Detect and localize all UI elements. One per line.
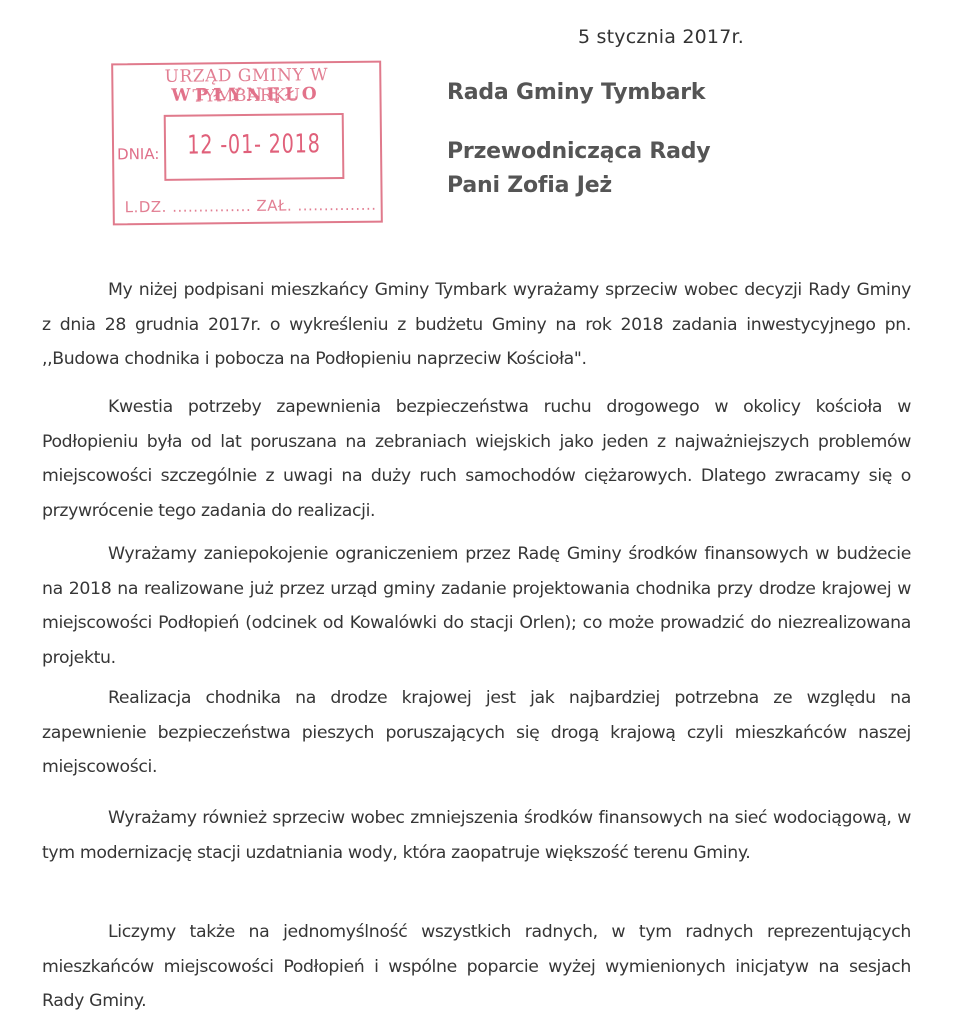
paragraph-funding-concern: Wyrażamy zaniepokojenie ograniczeniem pr… <box>42 537 911 675</box>
recipient-name: Pani Zofia Jeż <box>447 173 612 198</box>
paragraph-sidewalk-need: Realizacja chodnika na drodze krajowej j… <box>42 681 911 785</box>
stamp-footer: L.DZ. ............... ZAŁ. .............… <box>125 196 377 217</box>
paragraph-water-network: Wyrażamy również sprzeciw wobec zmniejsz… <box>42 801 911 870</box>
letter-date: 5 stycznia 2017r. <box>578 26 744 48</box>
received-stamp: URZĄD GMINY W TYMBARKU WPŁYNĘŁO DNIA: 12… <box>111 61 383 226</box>
paragraph-road-safety: Kwestia potrzeby zapewnienia bezpieczeńs… <box>42 390 911 528</box>
recipient-title: Przewodnicząca Rady <box>447 139 710 164</box>
paragraph-unanimity: Liczymy także na jednomyślność wszystkic… <box>42 915 911 1019</box>
stamp-date-box: 12 -01- 2018 <box>164 113 345 181</box>
stamp-date-label: DNIA: <box>117 145 159 163</box>
stamp-date-value: 12 -01- 2018 <box>182 129 327 161</box>
stamp-status: WPŁYNĘŁO <box>113 84 379 107</box>
recipient-council: Rada Gminy Tymbark <box>447 80 705 105</box>
paragraph-objection: My niżej podpisani mieszkańcy Gminy Tymb… <box>42 273 911 377</box>
